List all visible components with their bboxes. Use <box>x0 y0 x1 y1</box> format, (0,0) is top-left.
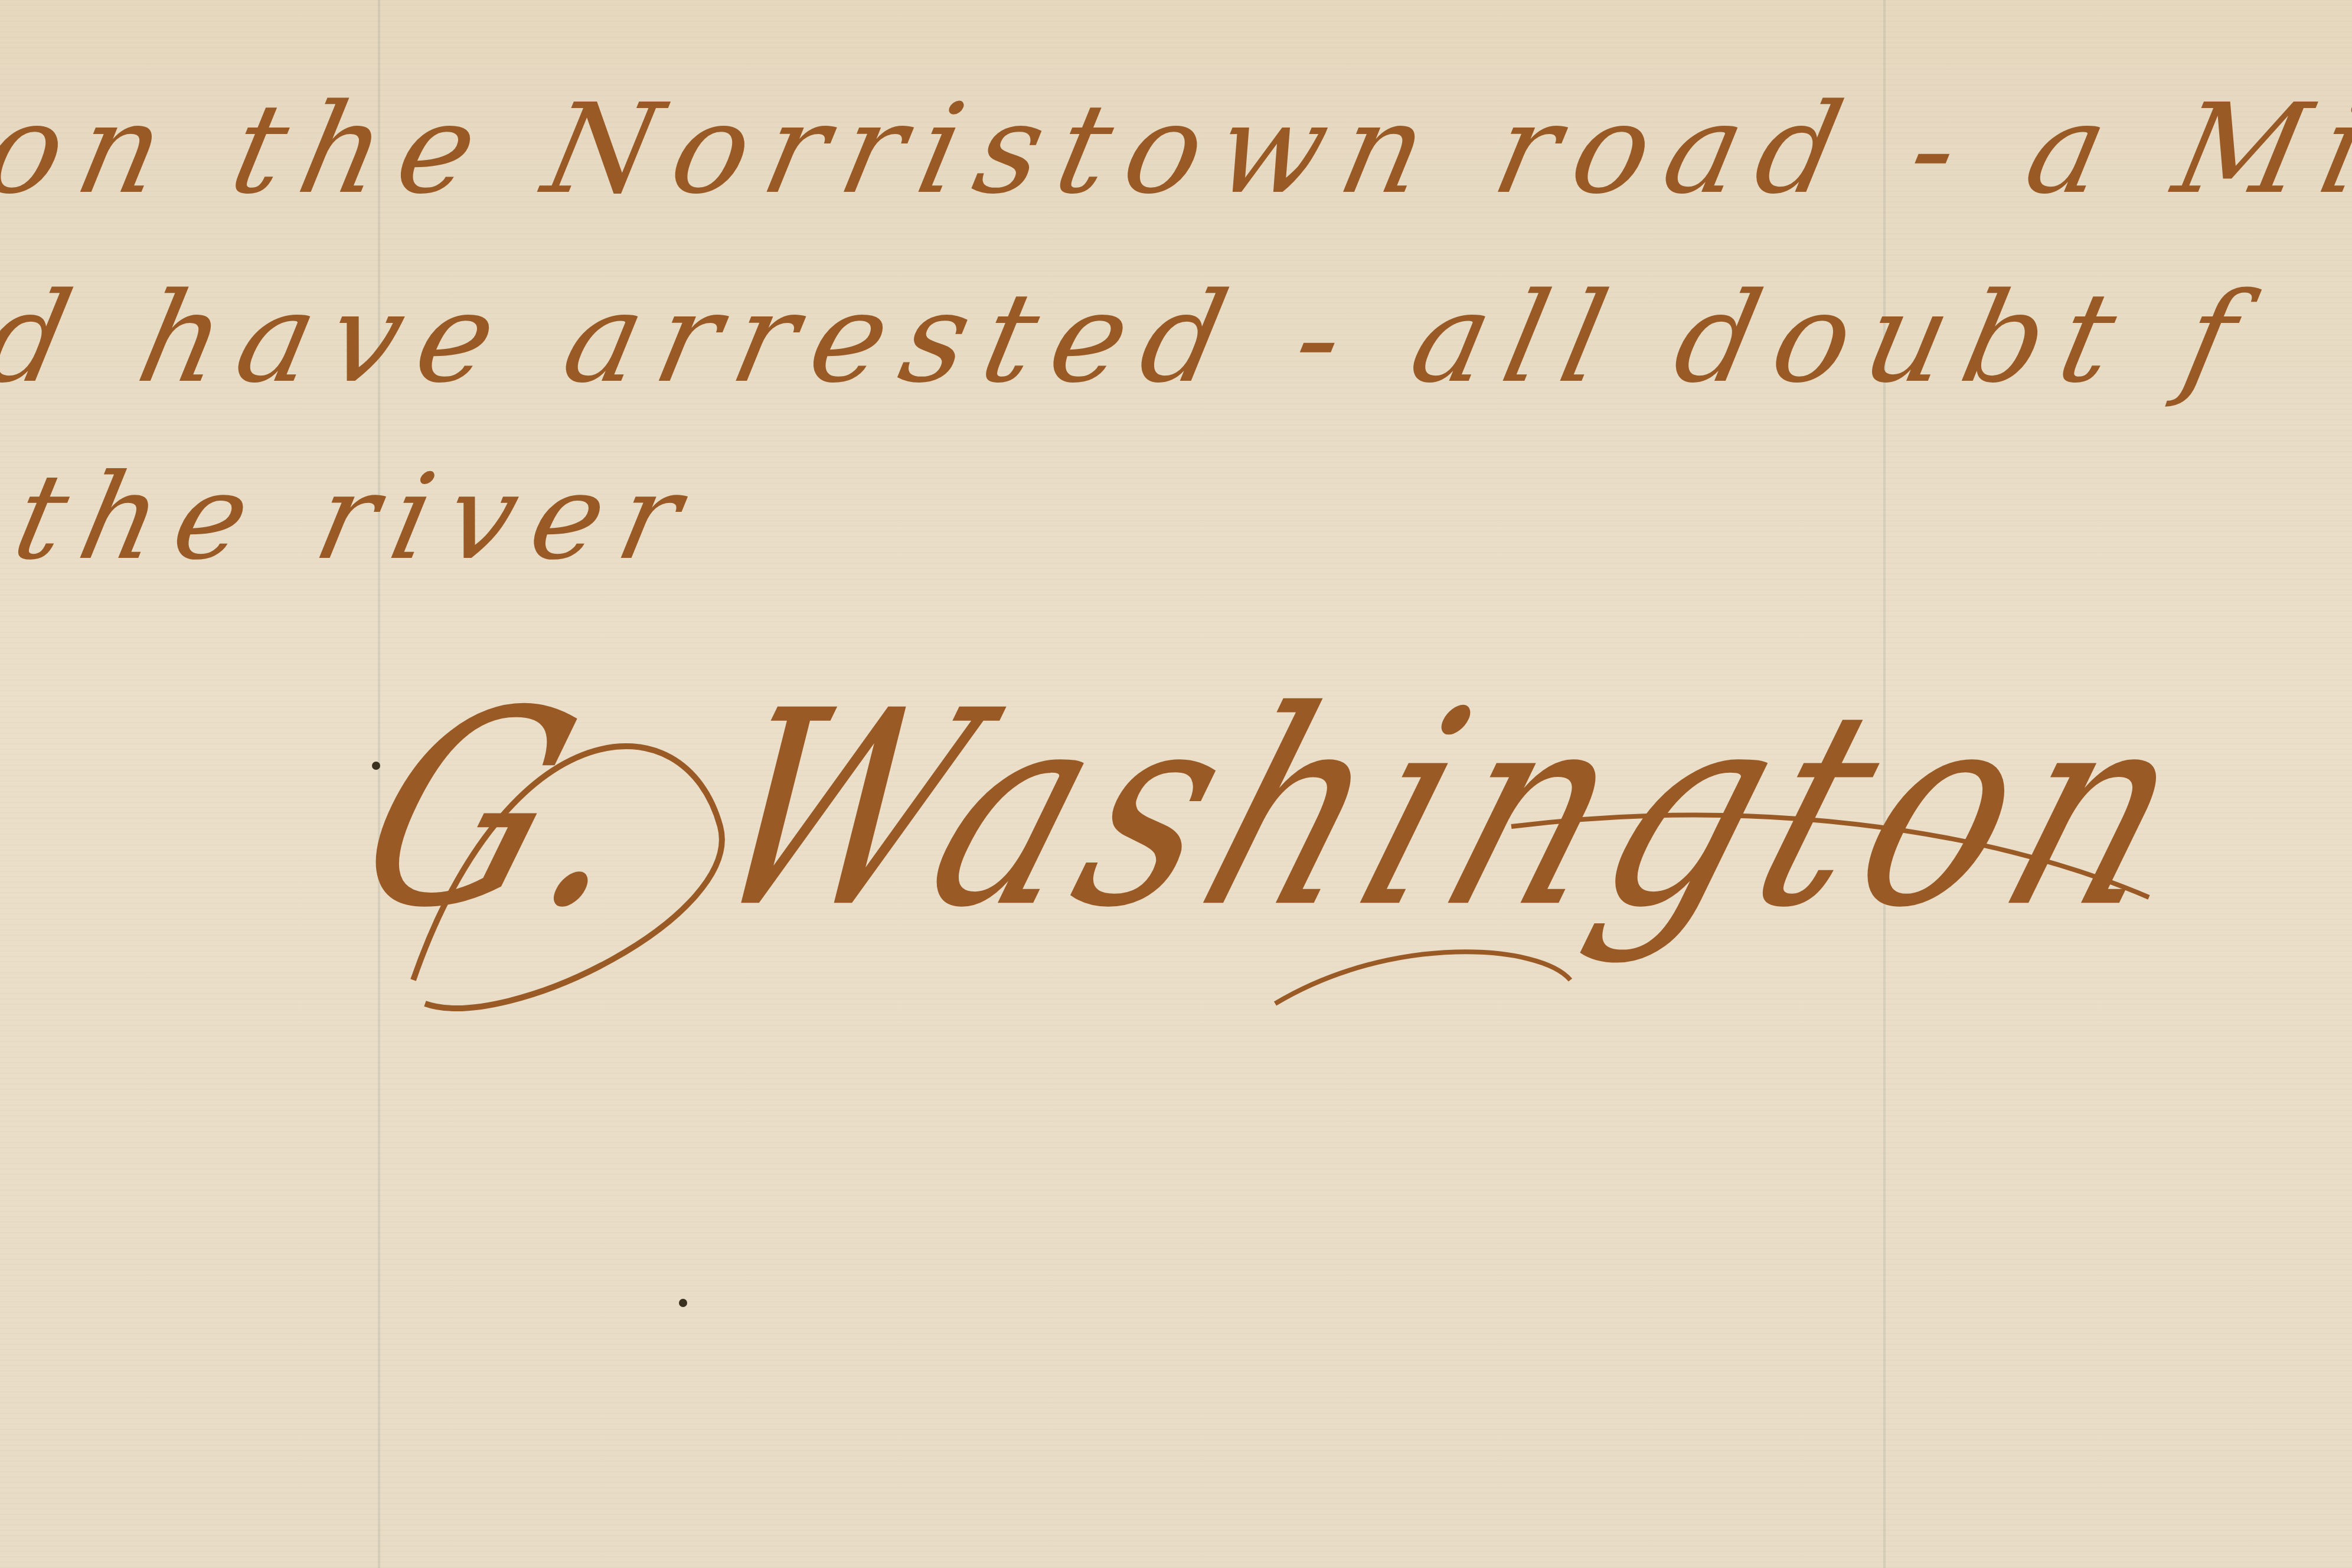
paper-fold-line <box>378 0 380 1568</box>
ink-spot <box>372 762 380 770</box>
letter-page: on the Norristown road - a Mi d have arr… <box>0 0 2352 1568</box>
text-line-2: on the Norristown road - a Mi <box>0 77 2352 221</box>
text-line-3: d have arrested - all doubt f <box>0 266 2266 410</box>
ink-spot <box>679 1299 687 1307</box>
signature: G. Washington <box>327 653 2230 967</box>
text-line-4: the river <box>3 449 710 586</box>
